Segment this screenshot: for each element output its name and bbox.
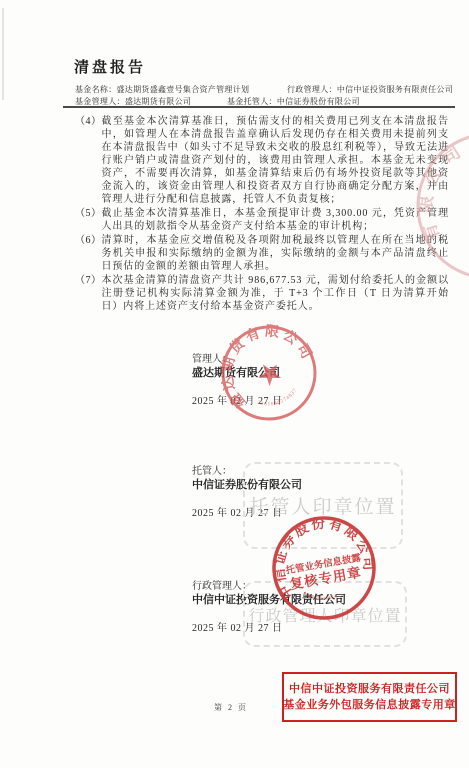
manager-value: 盛达期货有限公司 (125, 97, 191, 106)
clause-item-7: （7） 本次基金清算的清盘资产共计 986,677.53 元，需划付给委托人的金… (75, 274, 449, 313)
manager-label: 基金管理人： (75, 97, 125, 106)
clause-number: （6） (75, 234, 102, 273)
custodian-value: 中信证券股份有限公司 (277, 97, 360, 106)
clause-number: （7） (75, 274, 102, 313)
admin-value: 中信中证投资服务有限责任公司 (337, 85, 453, 94)
clause-item-5: （5） 截止基金本次清算基准日，本基金预提审计费 3,300.00 元，凭资产管… (75, 207, 449, 233)
header-fund-name: 基金名称：盛达期货盛鑫壹号集合资产管理计划 (75, 84, 249, 95)
document-page: 清盘报告 基金名称：盛达期货盛鑫壹号集合资产管理计划 行政管理人：中信中证投资服… (0, 0, 469, 768)
scan-artifact (2, 8, 4, 100)
header-admin: 行政管理人：中信中证投资服务有限责任公司 (287, 84, 453, 95)
fund-name-value: 盛达期货盛鑫壹号集合资产管理计划 (117, 85, 250, 94)
fund-name-label: 基金名称： (75, 85, 117, 94)
custodian-seal-placeholder-label: 托管人印章位置 (249, 492, 396, 519)
custodian-seal-placeholder: 托管人印章位置 (243, 462, 403, 549)
signature-role: 管理人： (192, 353, 283, 366)
outsourcing-disclosure-stamp: 中信中证投资服务有限责任公司 基金业务外包服务信息披露专用章 (282, 672, 457, 722)
clause-text: 截止基金本次清算基准日，本基金预提审计费 3,300.00 元，凭资产管理人出具… (102, 207, 450, 233)
stamp-line2: 基金业务外包服务信息披露专用章 (283, 697, 456, 713)
signature-company: 盛达期货有限公司 (192, 367, 283, 380)
clause-text: 清算时，本基金应交增值税及各项附加税最终以管理人在所在当地的税务机关申报和实际缴… (102, 234, 450, 273)
clause-text: 截至基金本次清算基准日，预估需支付的相关费用已列支在本清盘报告中，如管理人在本清… (102, 115, 450, 206)
admin-seal-placeholder-label: 行政管理人印章位置 (248, 603, 401, 626)
clause-list: （4） 截至基金本次清算基准日，预估需支付的相关费用已列支在本清盘报告中，如管理… (75, 115, 449, 314)
clause-number: （5） (75, 207, 102, 233)
custodian-seal-center-line1: 托管业务信息披露 (284, 551, 362, 576)
clause-number: （4） (75, 115, 102, 206)
admin-label: 行政管理人： (287, 85, 337, 94)
stamp-line1: 中信中证投资服务有限责任公司 (289, 681, 450, 697)
page-title: 清盘报告 (74, 56, 146, 77)
custodian-label: 基金托管人： (227, 97, 277, 106)
signature-date: 2025 年 02 月 27 日 (192, 395, 283, 408)
clause-text: 本次基金清算的清盘资产共计 986,677.53 元，需划付给委托人的金额以注册… (102, 274, 450, 313)
clause-item-6: （6） 清算时，本基金应交增值税及各项附加税最终以管理人在所在当地的税务机关申报… (75, 234, 449, 273)
page-number: 第 2 页 (214, 702, 248, 713)
admin-seal-placeholder: 行政管理人印章位置 (243, 581, 407, 647)
signature-block-manager: 管理人： 盛达期货有限公司 2025 年 02 月 27 日 (192, 353, 283, 408)
header-divider (63, 106, 455, 108)
clause-item-4: （4） 截至基金本次清算基准日，预估需支付的相关费用已列支在本清盘报告中，如管理… (75, 115, 449, 206)
